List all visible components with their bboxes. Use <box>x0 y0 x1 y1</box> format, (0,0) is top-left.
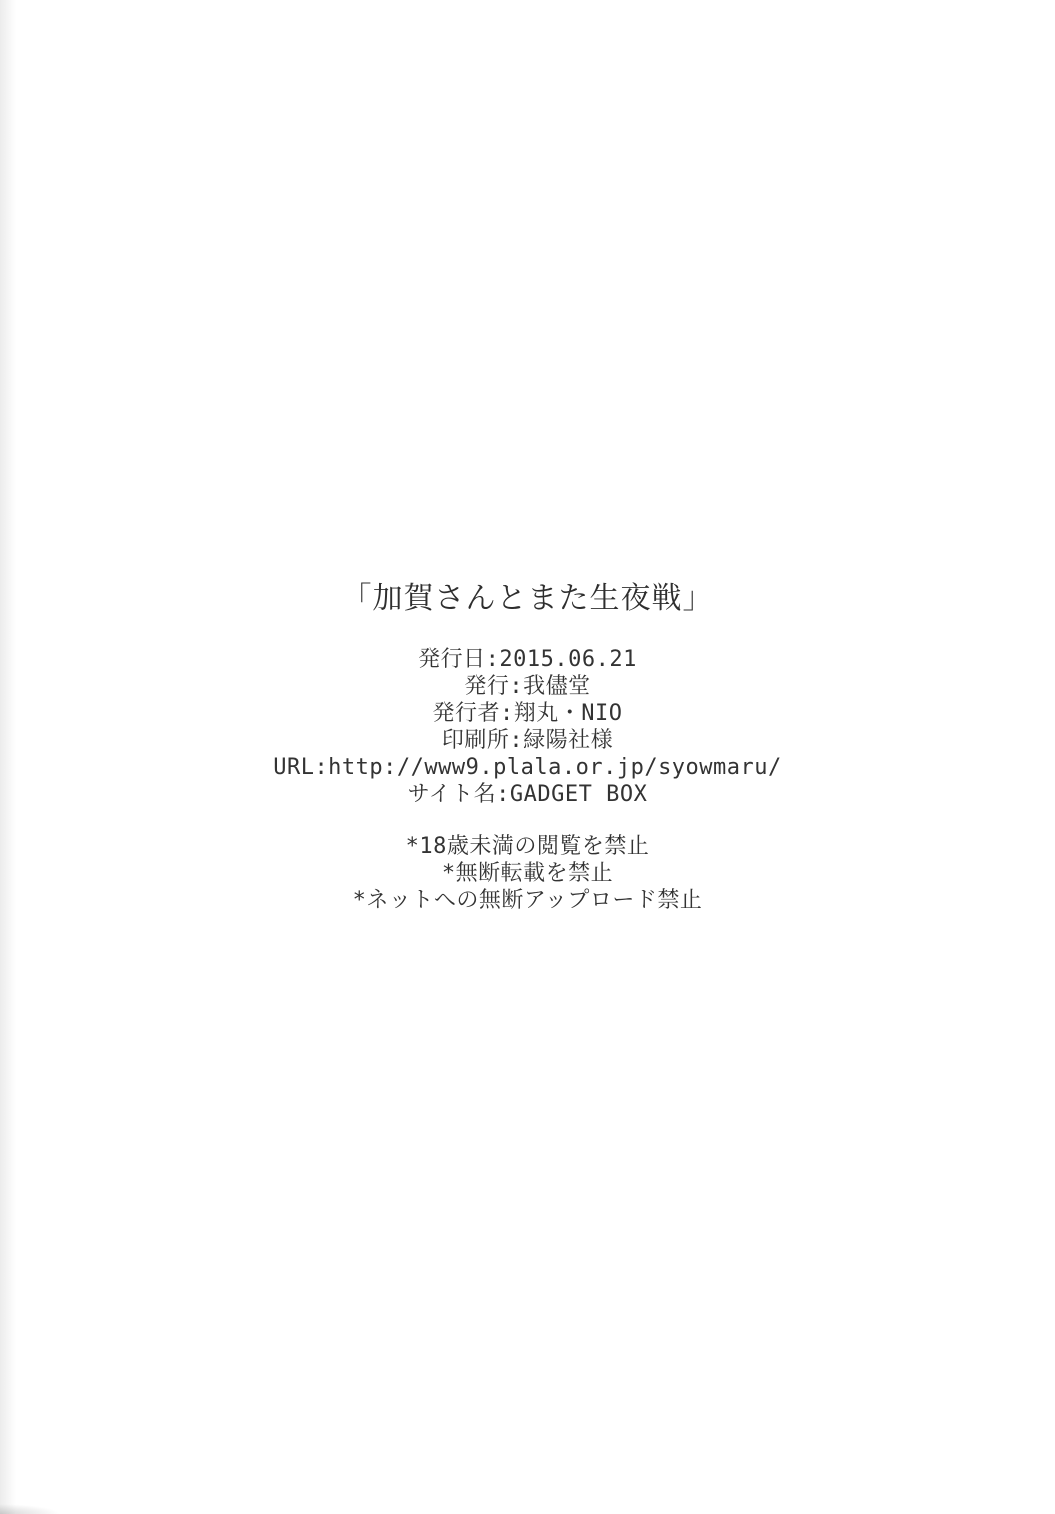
scanned-colophon-page: 「加賀さんとまた生夜戦」 発行日:2015.06.21 発行:我儘堂 発行者:翔… <box>0 0 1055 1514</box>
issuer-line: 発行者:翔丸・NIO <box>0 700 1055 727</box>
printer-line: 印刷所:緑陽社様 <box>0 727 1055 754</box>
prohibition-notices-block: *18歳未満の閲覧を禁止 *無断転載を禁止 *ネットへの無断アップロード禁止 <box>0 833 1055 914</box>
site-name-line: サイト名:GADGET BOX <box>0 781 1055 808</box>
notice-no-reproduction: *無断転載を禁止 <box>0 860 1055 887</box>
notice-age-restriction: *18歳未満の閲覧を禁止 <box>0 833 1055 860</box>
url-line: URL:http://www9.plala.or.jp/syowmaru/ <box>0 754 1055 781</box>
publication-info-block: 発行日:2015.06.21 発行:我儘堂 発行者:翔丸・NIO 印刷所:緑陽社… <box>0 646 1055 808</box>
publication-date-line: 発行日:2015.06.21 <box>0 646 1055 673</box>
publisher-line: 発行:我儘堂 <box>0 673 1055 700</box>
book-title: 「加賀さんとまた生夜戦」 <box>0 582 1055 616</box>
notice-no-upload: *ネットへの無断アップロード禁止 <box>0 887 1055 914</box>
scan-corner-smudge <box>0 1504 60 1514</box>
